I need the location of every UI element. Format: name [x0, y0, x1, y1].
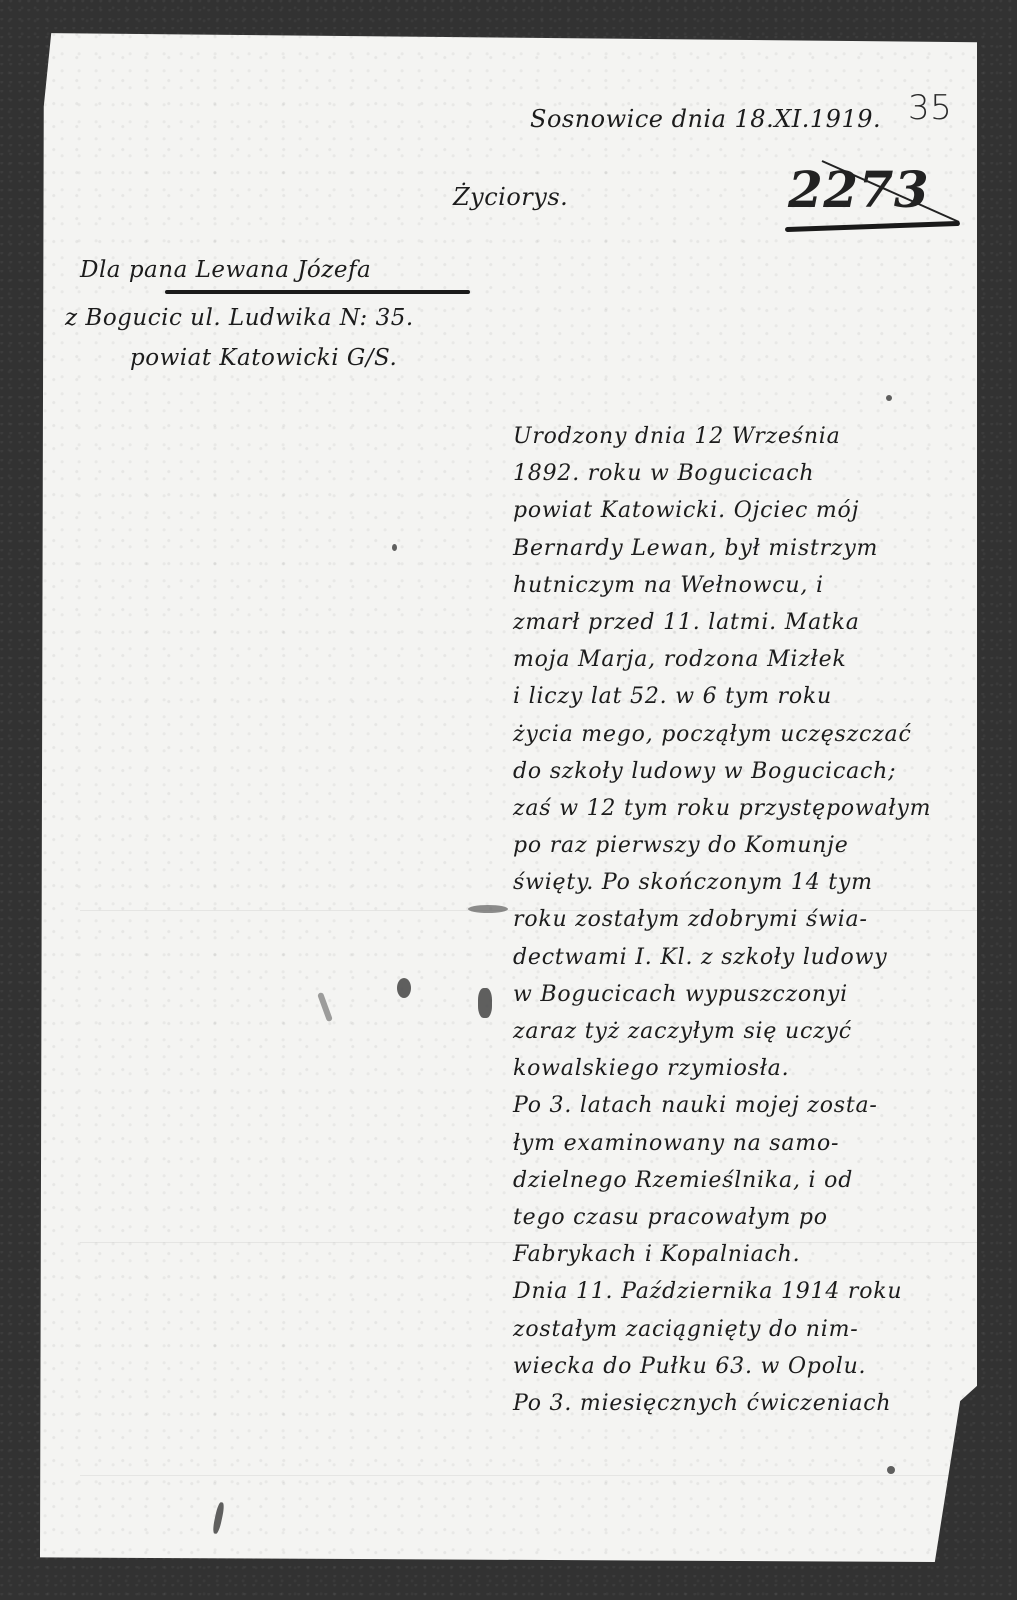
body-line: kowalskiego rzymiosła. — [513, 1050, 963, 1087]
biography-body: Urodzony dnia 12 Września 1892. roku w B… — [513, 418, 963, 1422]
body-line: święty. Po skończonym 14 tym — [513, 864, 963, 901]
body-line: Po 3. miesięcznych ćwiczeniach — [513, 1385, 963, 1422]
body-line: Bernardy Lewan, był mistrzym — [513, 530, 963, 567]
body-line: Dnia 11. Października 1914 roku — [513, 1273, 963, 1310]
addressee-line: powiat Katowicki G/S. — [130, 345, 397, 371]
place-date: Sosnowice dnia 18.XI.1919. — [530, 105, 881, 133]
body-line: do szkoły ludowy w Bogucicach; — [513, 753, 963, 790]
body-line: zostałym zaciągnięty do nim- — [513, 1311, 963, 1348]
body-line: zaś w 12 tym roku przystępowałym — [513, 790, 963, 827]
body-line: tego czasu pracowałym po — [513, 1199, 963, 1236]
body-line: łym examinowany na samo- — [513, 1125, 963, 1162]
ink-blot — [397, 978, 411, 998]
body-line: Po 3. latach nauki mojej zosta- — [513, 1087, 963, 1124]
ink-blot — [478, 988, 492, 1018]
body-line: po raz pierwszy do Komunje — [513, 827, 963, 864]
body-line: dectwami I. Kl. z szkoły ludowy — [513, 939, 963, 976]
ink-dot — [392, 544, 397, 551]
body-line: zaraz tyż zaczyłym się uczyć — [513, 1013, 963, 1050]
ink-dot — [887, 1466, 895, 1474]
body-line: dzielnego Rzemieślnika, i od — [513, 1162, 963, 1199]
body-line: życia mego, począłym uczęszczać — [513, 716, 963, 753]
body-line: Fabrykach i Kopalniach. — [513, 1236, 963, 1273]
paper-fold-line — [80, 1475, 1010, 1476]
ink-dot — [886, 395, 892, 401]
body-line: w Bogucicach wypuszczonyi — [513, 976, 963, 1013]
body-line: hutniczym na Wełnowcu, i — [513, 567, 963, 604]
body-line: wiecka do Pułku 63. w Opolu. — [513, 1348, 963, 1385]
body-line: moja Marja, rodzona Mizłek — [513, 641, 963, 678]
body-line: powiat Katowicki. Ojciec mój — [513, 492, 963, 529]
reference-number: 2273 — [788, 160, 929, 219]
addressee-line: z Bogucic ul. Ludwika N: 35. — [65, 305, 414, 331]
addressee-underline — [165, 290, 470, 294]
archive-page-number: 35 — [908, 88, 952, 128]
ink-stain — [468, 905, 508, 913]
body-line: roku zostałym zdobrymi świa- — [513, 901, 963, 938]
addressee-line: Dla pana Lewana Józefa — [80, 257, 371, 283]
body-line: i liczy lat 52. w 6 tym roku — [513, 678, 963, 715]
document-title: Życiorys. — [453, 183, 568, 211]
body-line: Urodzony dnia 12 Września — [513, 418, 963, 455]
body-line: zmarł przed 11. latmi. Matka — [513, 604, 963, 641]
body-line: 1892. roku w Bogucicach — [513, 455, 963, 492]
